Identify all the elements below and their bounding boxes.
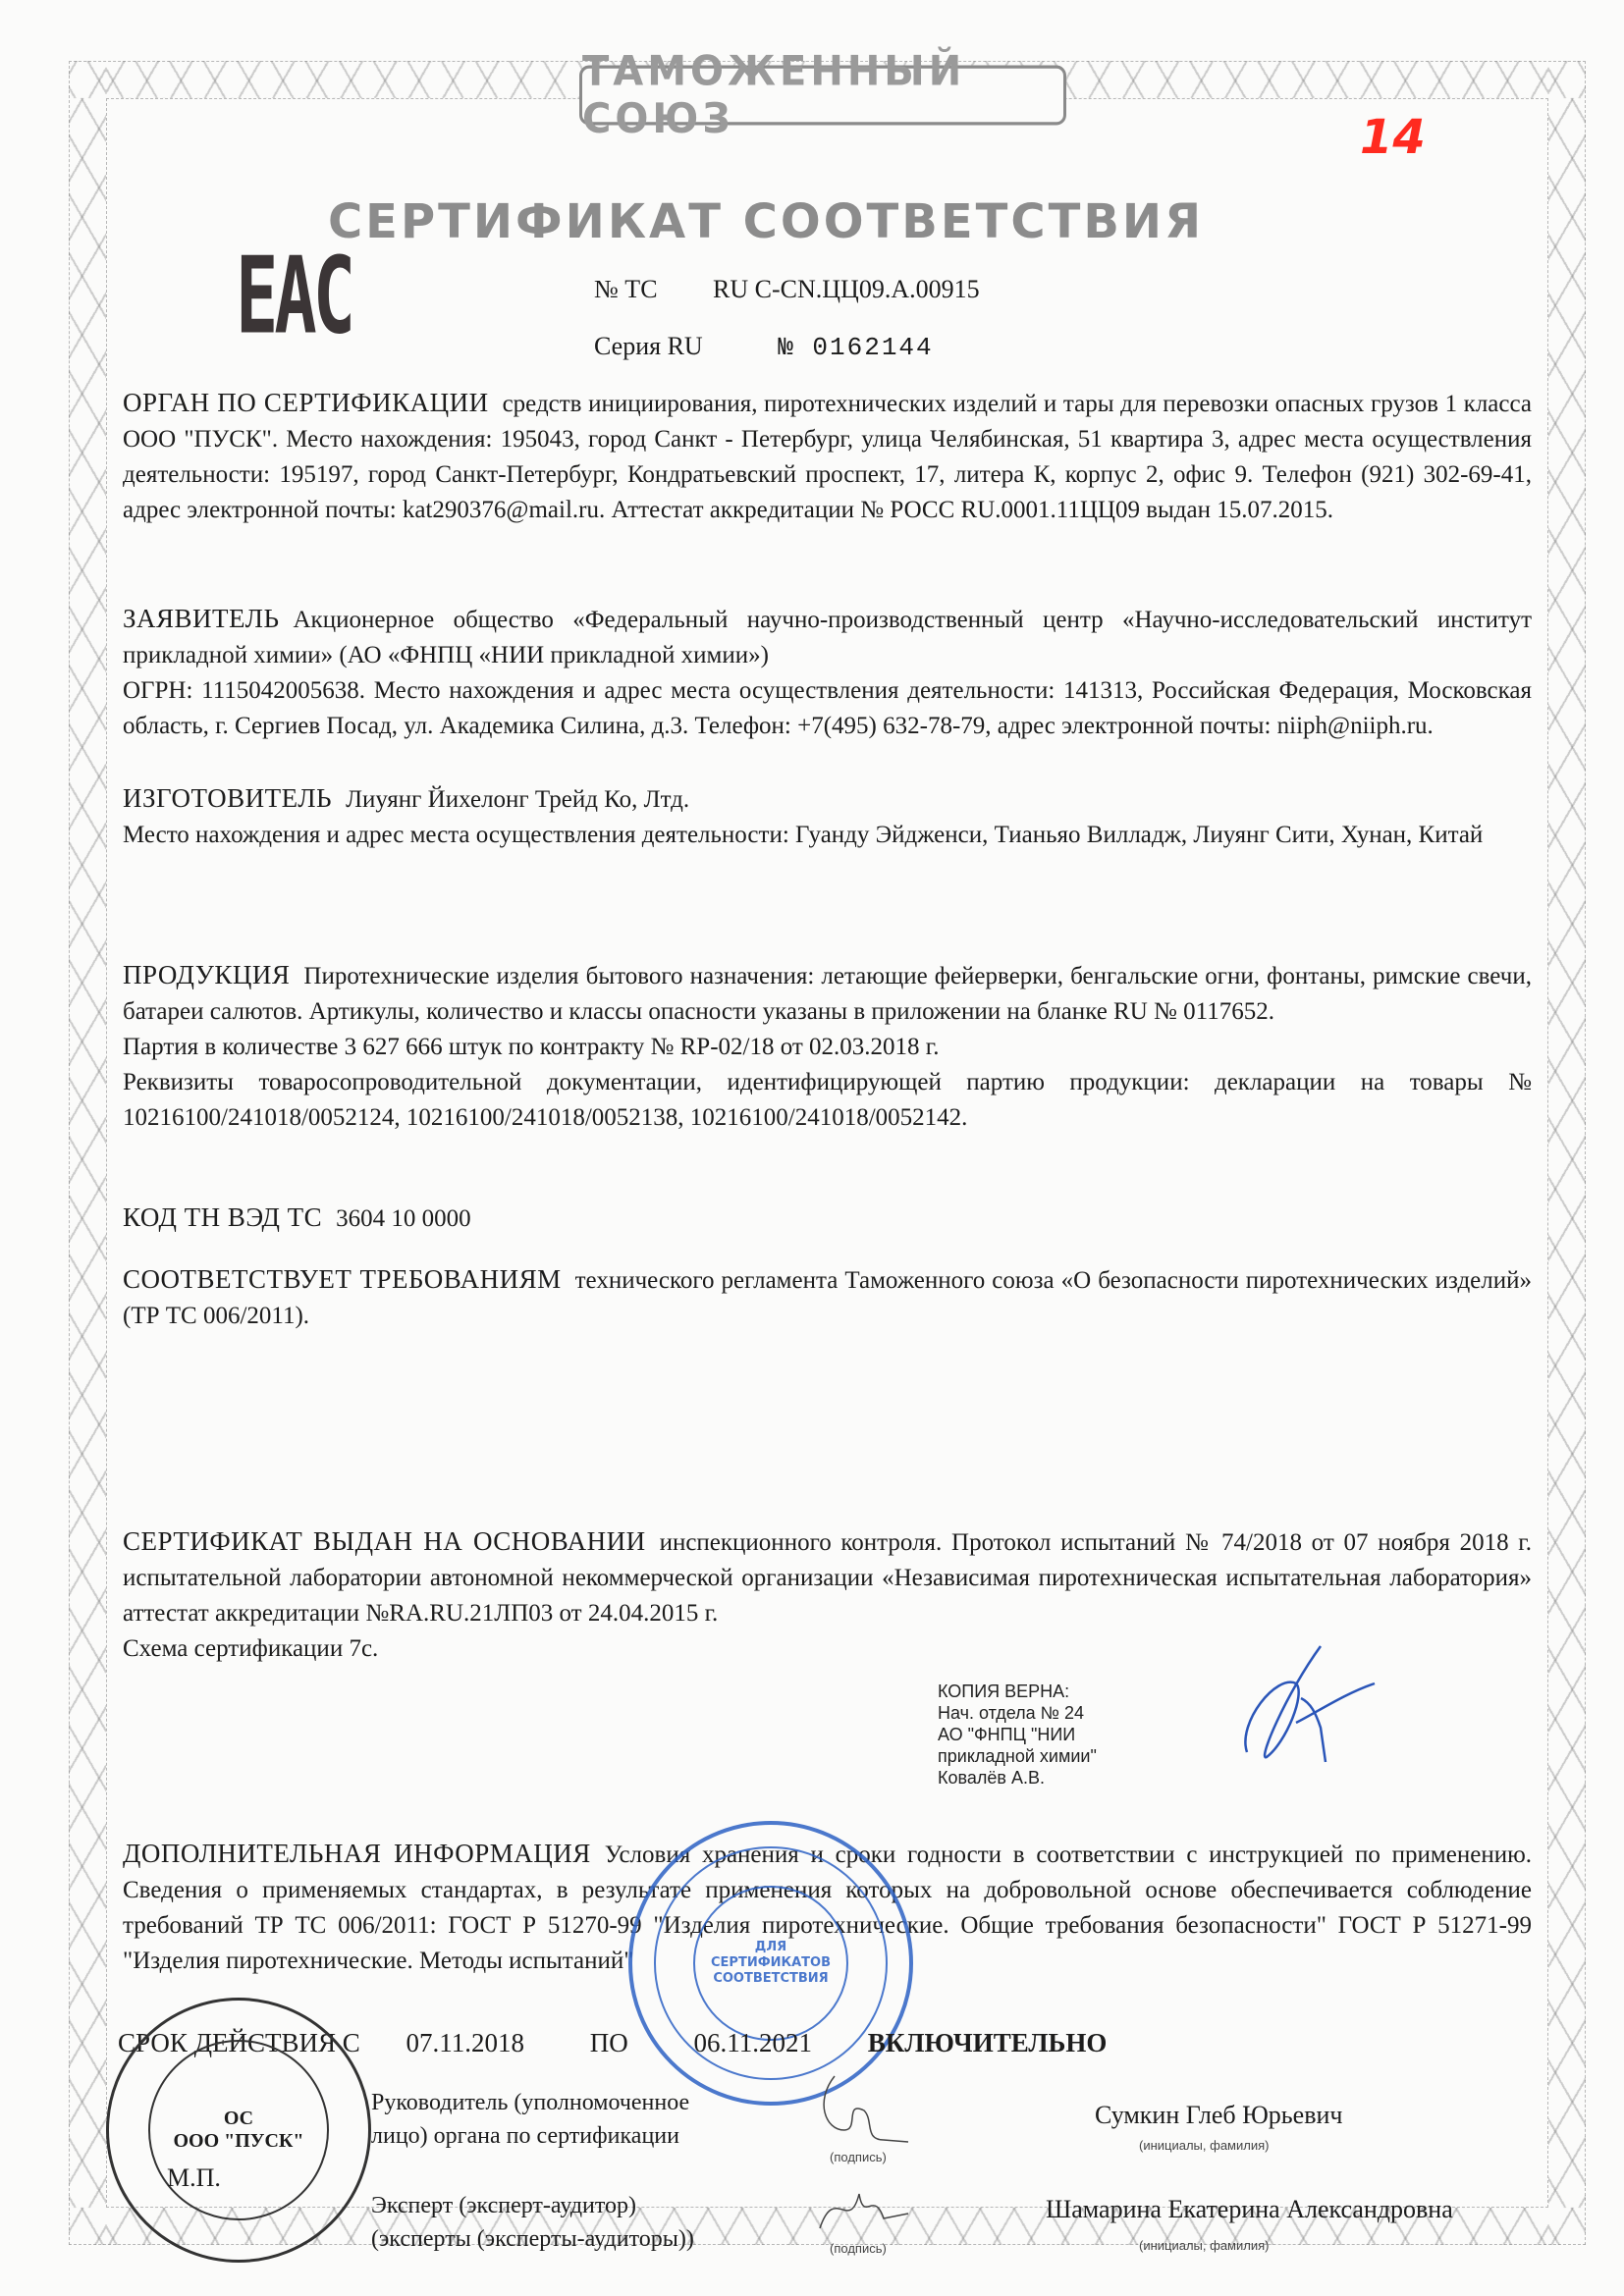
batch-info: Партия в количестве 3 627 666 штук по ко… <box>123 1030 1532 1065</box>
stamp-text: СООТВЕТСТВИЯ <box>713 1971 828 1987</box>
document-title: СЕРТИФИКАТ СООТВЕТСТВИЯ <box>324 194 1208 249</box>
section-heading: ДОПОЛНИТЕЛЬНАЯ ИНФОРМАЦИЯ <box>123 1839 591 1868</box>
copy-certified-note: КОПИЯ ВЕРНА: Нач. отдела № 24 АО "ФНПЦ "… <box>938 1681 1097 1789</box>
signature-caption: (подпись) <box>830 2241 887 2256</box>
head-role: Руководитель (уполномоченное лицо) орган… <box>371 2086 689 2153</box>
section-text: Пиротехнические изделия бытового назначе… <box>123 963 1532 1025</box>
section-product: ПРОДУКЦИЯПиротехнические изделия бытовог… <box>123 957 1532 1136</box>
stamp-center: ДЛЯ СЕРТИФИКАТОВ СООТВЕТСТВИЯ <box>693 1886 848 2041</box>
section-text: Лиуянг Йихелонг Трейд Ко, Лтд. <box>346 786 689 813</box>
section-text: Акционерное общество «Федеральный научно… <box>123 607 1532 668</box>
section-heading: ОРГАН ПО СЕРТИФИКАЦИИ <box>123 388 489 417</box>
validity-from: 07.11.2018 <box>406 2028 525 2058</box>
head-name: Сумкин Глеб Юрьевич <box>1095 2101 1342 2130</box>
black-seal-stamp: ОС ООО "ПУСК" <box>106 1998 371 2263</box>
signature-caption: (подпись) <box>830 2150 887 2164</box>
expert-signature-icon <box>815 2174 923 2243</box>
hs-code-value: 3604 10 0000 <box>336 1205 471 1232</box>
expert-role-line: (эксперты (эксперты-аудиторы)) <box>371 2222 694 2256</box>
blue-seal-stamp: ДЛЯ СЕРТИФИКАТОВ СООТВЕТСТВИЯ <box>628 1821 913 2106</box>
shipping-docs: Реквизиты товаросопроводительной докумен… <box>123 1065 1532 1136</box>
head-role-line: лицо) органа по сертификации <box>371 2119 689 2153</box>
name-caption: (инициалы, фамилия) <box>1139 2238 1269 2253</box>
stamp-text: ОС <box>224 2108 253 2130</box>
section-heading: ЗАЯВИТЕЛЬ <box>123 604 280 633</box>
series-number-value: 0162144 <box>812 333 933 362</box>
eac-logo-icon: ЕАС <box>236 234 352 357</box>
validity-to: 06.11.2021 <box>694 2028 813 2058</box>
section-heading: КОД ТН ВЭД ТС <box>123 1202 322 1232</box>
head-role-line: Руководитель (уполномоченное <box>371 2086 689 2119</box>
copy-line: КОПИЯ ВЕРНА: <box>938 1681 1097 1702</box>
copy-line: Ковалёв А.В. <box>938 1767 1097 1789</box>
name-caption: (инициалы, фамилия) <box>1139 2138 1269 2153</box>
stamp-text: ДЛЯ <box>755 1940 786 1955</box>
section-heading: СООТВЕТСТВУЕТ ТРЕБОВАНИЯМ <box>123 1264 562 1294</box>
blue-signature-icon <box>1227 1634 1384 1791</box>
stamp-text: ООО "ПУСК" <box>173 2130 303 2153</box>
section-text: Место нахождения и адрес места осуществл… <box>123 818 1532 853</box>
certificate-number-value: RU C-CN.ЦЦ09.А.00915 <box>713 275 980 303</box>
certificate-number: № ТС RU C-CN.ЦЦ09.А.00915 <box>594 275 980 304</box>
blank-series: Серия RU № 0162144 <box>594 332 934 362</box>
section-heading: ПРОДУКЦИЯ <box>123 960 290 989</box>
seal-mark: М.П. <box>167 2162 221 2195</box>
section-text: ОГРН: 1115042005638. Место нахождения и … <box>123 673 1532 744</box>
handwritten-page-number: 14 <box>1360 110 1426 165</box>
expert-role: Эксперт (эксперт-аудитор) (эксперты (экс… <box>371 2189 694 2256</box>
expert-name: Шамарина Екатерина Александровна <box>1046 2195 1453 2224</box>
section-hs-code: КОД ТН ВЭД ТС3604 10 0000 <box>123 1200 1532 1237</box>
series-no-label: № <box>778 333 795 362</box>
section-conformity: СООТВЕТСТВУЕТ ТРЕБОВАНИЯМтехнического ре… <box>123 1261 1532 1334</box>
section-applicant: ЗАЯВИТЕЛЬАкционерное общество «Федеральн… <box>123 601 1532 744</box>
copy-line: Нач. отдела № 24 <box>938 1702 1097 1724</box>
expert-role-line: Эксперт (эксперт-аудитор) <box>371 2189 694 2222</box>
customs-union-banner: ТАМОЖЕННЫЙ СОЮЗ <box>579 66 1066 126</box>
validity-suffix: ВКЛЮЧИТЕЛЬНО <box>868 2028 1108 2058</box>
series-number: № 0162144 <box>778 333 933 362</box>
series-label: Серия RU <box>594 332 703 360</box>
section-manufacturer: ИЗГОТОВИТЕЛЬЛиуянг Йихелонг Трейд Ко, Лт… <box>123 780 1532 853</box>
copy-line: прикладной химии" <box>938 1745 1097 1767</box>
section-heading: ИЗГОТОВИТЕЛЬ <box>123 783 332 813</box>
stamp-text: СЕРТИФИКАТОВ <box>711 1955 831 1971</box>
certificate-number-label: № ТС <box>594 275 658 303</box>
head-signature-icon <box>805 2071 913 2160</box>
validity-to-label: ПО <box>590 2028 628 2058</box>
copy-line: АО "ФНПЦ "НИИ <box>938 1724 1097 1745</box>
section-heading: СЕРТИФИКАТ ВЫДАН НА ОСНОВАНИИ <box>123 1526 646 1556</box>
section-certification-body: ОРГАН ПО СЕРТИФИКАЦИИсредств инициирован… <box>123 385 1532 528</box>
